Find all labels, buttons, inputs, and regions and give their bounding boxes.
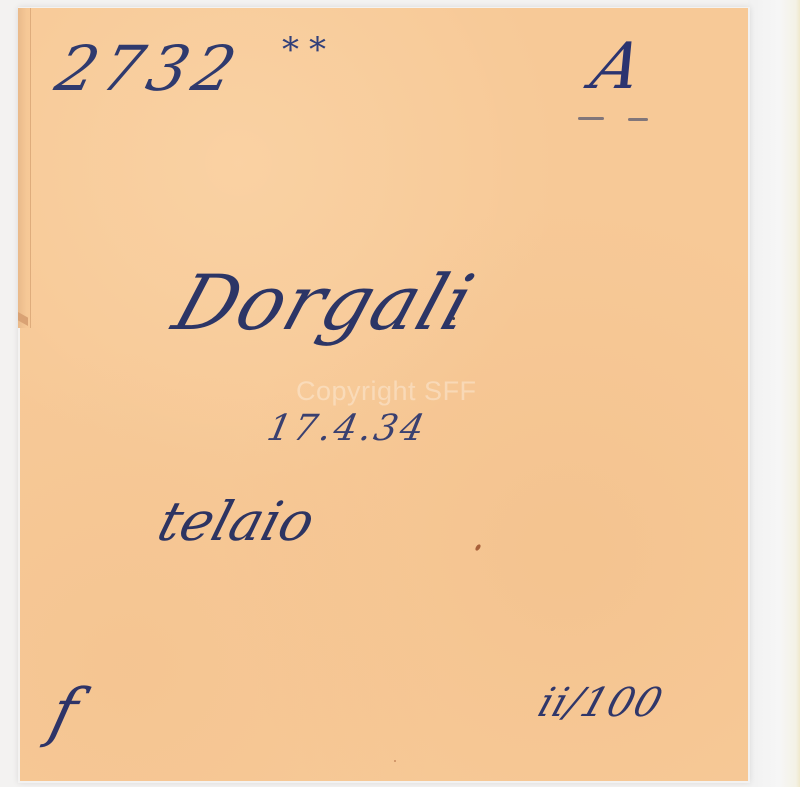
catalog-number: 2732 [49,32,249,105]
category-underline-left [578,117,604,120]
copyright-watermark: Copyright SFF [296,376,477,407]
paper-speck [394,760,396,762]
object-type: telaio [151,490,322,553]
catalog-star-marks: ** [282,30,336,70]
date: 17.4.34 [264,408,431,449]
category-underline-right [628,118,648,121]
bottom-right-code: ii/100 [533,680,669,726]
paper-speck [452,317,455,320]
scan-backdrop [748,0,800,787]
card-folded-edge [18,8,31,328]
place-name: Dorgali [164,258,486,347]
